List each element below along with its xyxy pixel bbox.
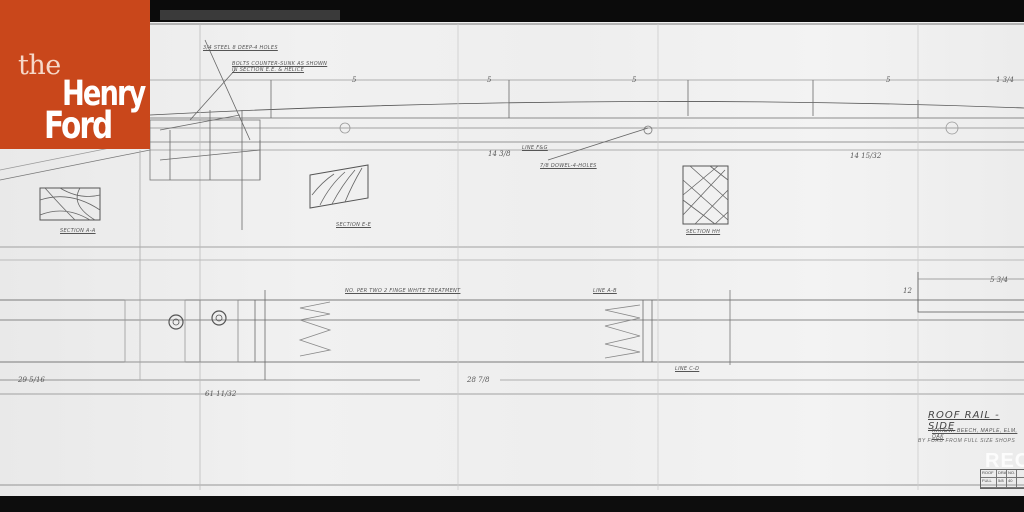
dim-14: 14 3/8 — [488, 150, 510, 158]
dim-top-5c: 5 — [632, 76, 636, 84]
the-henry-ford-logo: the Henry Ford — [0, 0, 150, 149]
titleblock-cell: NO. — [1007, 470, 1017, 478]
callout-dowel: 7/8 DOWEL-4-HOLES — [540, 163, 597, 169]
label-section-hh: SECTION HH — [686, 229, 720, 235]
technical-drawing — [0, 0, 1024, 512]
dim-top-right: 1 3/4 — [996, 76, 1014, 84]
titleblock-cell: ROOF — [981, 470, 997, 478]
callout-bolts: BOLTS COUNTER-SUNK AS SHOWN IN SECTION E… — [232, 61, 332, 73]
dim-29: 29 5/16 — [18, 376, 45, 384]
titleblock-cell — [1017, 470, 1024, 478]
drawing-note: BY FORD FROM FULL SIZE SHOPS — [918, 438, 1015, 444]
dim-right-5: 5 3/4 — [990, 276, 1008, 284]
dim-top-5b: 5 — [487, 76, 491, 84]
dim-14-right: 14 15/32 — [850, 152, 881, 160]
logo-ford: Ford — [44, 104, 111, 147]
titleblock-cell: 5/8 — [997, 478, 1007, 488]
titleblock-cell: FULL — [981, 478, 997, 488]
label-section-ee: SECTION E-E — [336, 222, 371, 228]
dim-right-12: 12 — [903, 287, 912, 295]
dim-top-5d: 5 — [886, 76, 890, 84]
dim-28: 28 7/8 — [467, 376, 489, 384]
callout-steel-holes: 3/4 STEEL 8 DEEP-4 HOLES — [203, 45, 278, 51]
label-section-aa: SECTION A-A — [60, 228, 96, 234]
callout-line-ab: LINE A-B — [593, 288, 617, 294]
callout-long-note: NO. PER TWO 2 FINGE WHITE TREATMENT — [345, 288, 460, 294]
title-block: ROOF DRAW. NO. FULL 5/8 40 — [980, 469, 1024, 489]
titleblock-cell: 40 — [1007, 478, 1017, 488]
titleblock-cell: DRAW. — [997, 470, 1007, 478]
dim-top-5a: 5 — [352, 76, 356, 84]
dim-61: 61 11/32 — [205, 390, 236, 398]
callout-line-fag: LINE F&G — [522, 145, 548, 151]
logo-the: the — [18, 50, 61, 81]
callout-line-cd: LINE C-D — [675, 366, 699, 372]
titleblock-cell — [1017, 478, 1024, 488]
